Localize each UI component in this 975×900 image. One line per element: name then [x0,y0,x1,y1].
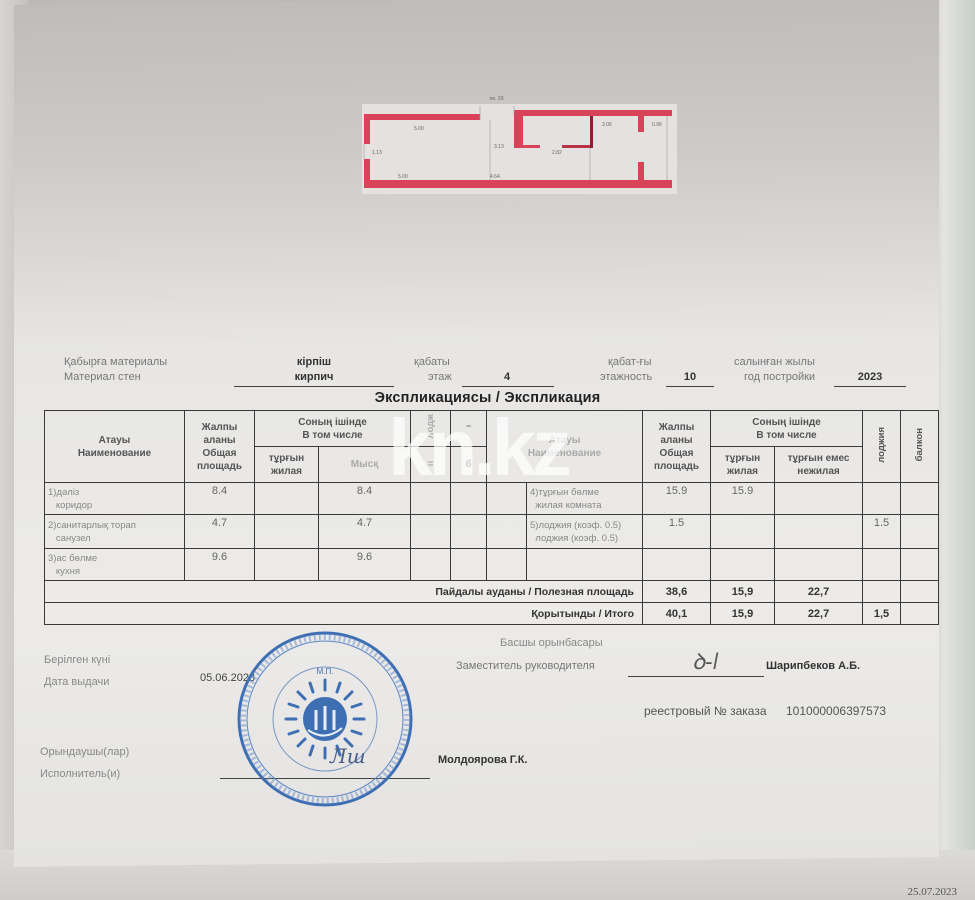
total-area: 40,1 [643,603,711,625]
floor-label-kz: қабаты [414,356,450,368]
floor-plan-drawing [362,104,677,194]
wall-material-label-ru: Материал стен [64,371,141,383]
room-living [255,483,319,515]
floor-plan: вх. 20 5.00 1.13 3.13 2.82 3.06 0.96 4.6… [362,104,677,194]
watermark: kn.kz [388,408,568,488]
table-row: 3)ас бөлме кухня 9.6 9.6 [45,549,939,581]
year-label-kz: салынған жылы [734,356,815,368]
room-loggia [863,483,901,515]
room-balcony [901,483,939,515]
room-name: 2)санитарлық торап санузел [45,515,185,549]
registry-number: 101000006397573 [786,704,886,718]
room-name: 5)лоджия (коэф. 0.5) лоджия (коэф. 0.5) [527,515,643,549]
official-stamp: М.П. [236,630,414,808]
floors-label-ru: этажность [600,371,652,383]
room-living [255,549,319,581]
total-balcony [901,603,939,625]
floor-value: 4 [462,371,552,383]
total-nonliving: 22,7 [775,603,863,625]
room-total: 8.4 [185,483,255,515]
useful-area-total: 38,6 [643,581,711,603]
useful-area-balcony [901,581,939,603]
room-nonliving [775,483,863,515]
plan-label: 0.96 [652,122,662,128]
wall-material-value-ru: кирпич [234,371,394,383]
total-living: 15,9 [711,603,775,625]
col-of-which-2: Соның ішіндеВ том числе [711,411,863,447]
plan-label: 2.82 [552,150,562,156]
col-balcony: балкон [901,411,939,483]
room-living [255,515,319,549]
executor-label-kz: Орындаушы(лар) [40,746,129,758]
underline [234,386,394,387]
plan-label: 3.13 [494,144,504,150]
total-label: Қорытынды / Итого [45,603,643,625]
floors-label-kz: қабат-ғы [608,356,651,368]
total-row: Қорытынды / Итого 40,1 15,9 22,7 1,5 [45,603,939,625]
room-name: 1)дәліз коридор [45,483,185,515]
plan-label: 4.64 [490,174,500,180]
issue-date-label-kz: Берілген күні [44,654,110,666]
useful-area-nonliving: 22,7 [775,581,863,603]
underline [834,386,906,387]
room-total: 1.5 [643,515,711,549]
wall-material-value-kz: кірпіш [234,356,394,368]
room-balcony [901,515,939,549]
deputy-label-ru: Заместитель руководителя [456,660,595,672]
underline [666,386,714,387]
plan-label: вх. 20 [490,96,504,102]
col-nonliving-2: тұрғын емеснежилая [775,447,863,483]
room-loggia: 1.5 [863,515,901,549]
room-nonliving: 4.7 [319,515,411,549]
stamp-seal-icon: М.П. [236,630,414,808]
col-living: тұрғынжилая [255,447,319,483]
room-total: 4.7 [185,515,255,549]
executor-name: Молдоярова Г.К. [438,754,528,766]
floor-label-ru: этаж [428,371,452,383]
room-nonliving [775,515,863,549]
room-total: 9.6 [185,549,255,581]
useful-area-loggia [863,581,901,603]
issue-date-label-ru: Дата выдачи [44,676,109,688]
executor-label-ru: Исполнитель(и) [40,768,120,780]
wall-material-label-kz: Қабырға материалы [64,356,167,368]
col-total-area-2: ЖалпыаланыОбщаяплощадь [643,411,711,483]
col-loggia: лоджия [863,411,901,483]
svg-text:М.П.: М.П. [317,667,334,676]
useful-area-label: Пайдалы ауданы / Полезная площадь [45,581,643,603]
plan-label: 5.00 [414,126,424,132]
room-name: 3)ас бөлме кухня [45,549,185,581]
year-label-ru: год постройки [744,371,815,383]
signature-line [628,676,764,677]
total-loggia: 1,5 [863,603,901,625]
plan-label: 5.00 [398,174,408,180]
deputy-name: Шарипбеков А.Б. [766,660,860,672]
table-row: 2)санитарлық торап санузел 4.7 4.7 5)лод… [45,515,939,549]
col-name: АтауыНаименование [45,411,185,483]
underline [462,386,554,387]
deputy-label-kz: Басшы орынбасары [500,637,603,649]
useful-area-living: 15,9 [711,581,775,603]
scan-date: 25.07.2023 [908,886,958,898]
room-nonliving: 9.6 [319,549,411,581]
useful-area-row: Пайдалы ауданы / Полезная площадь 38,6 1… [45,581,939,603]
signature: ꝺ-ǀ [692,646,719,676]
room-living [711,515,775,549]
registry-label: реестровый № заказа [644,704,767,718]
plan-label: 1.13 [372,150,382,156]
plan-label: 3.06 [602,122,612,128]
room-name [527,549,643,581]
col-living-2: тұрғынжилая [711,447,775,483]
executor-signature: Лш [330,744,366,768]
col-total-area: ЖалпыаланыОбщаяплощадь [185,411,255,483]
room-total: 15.9 [643,483,711,515]
year-value: 2023 [834,371,906,383]
room-living: 15.9 [711,483,775,515]
floors-value: 10 [666,371,714,383]
